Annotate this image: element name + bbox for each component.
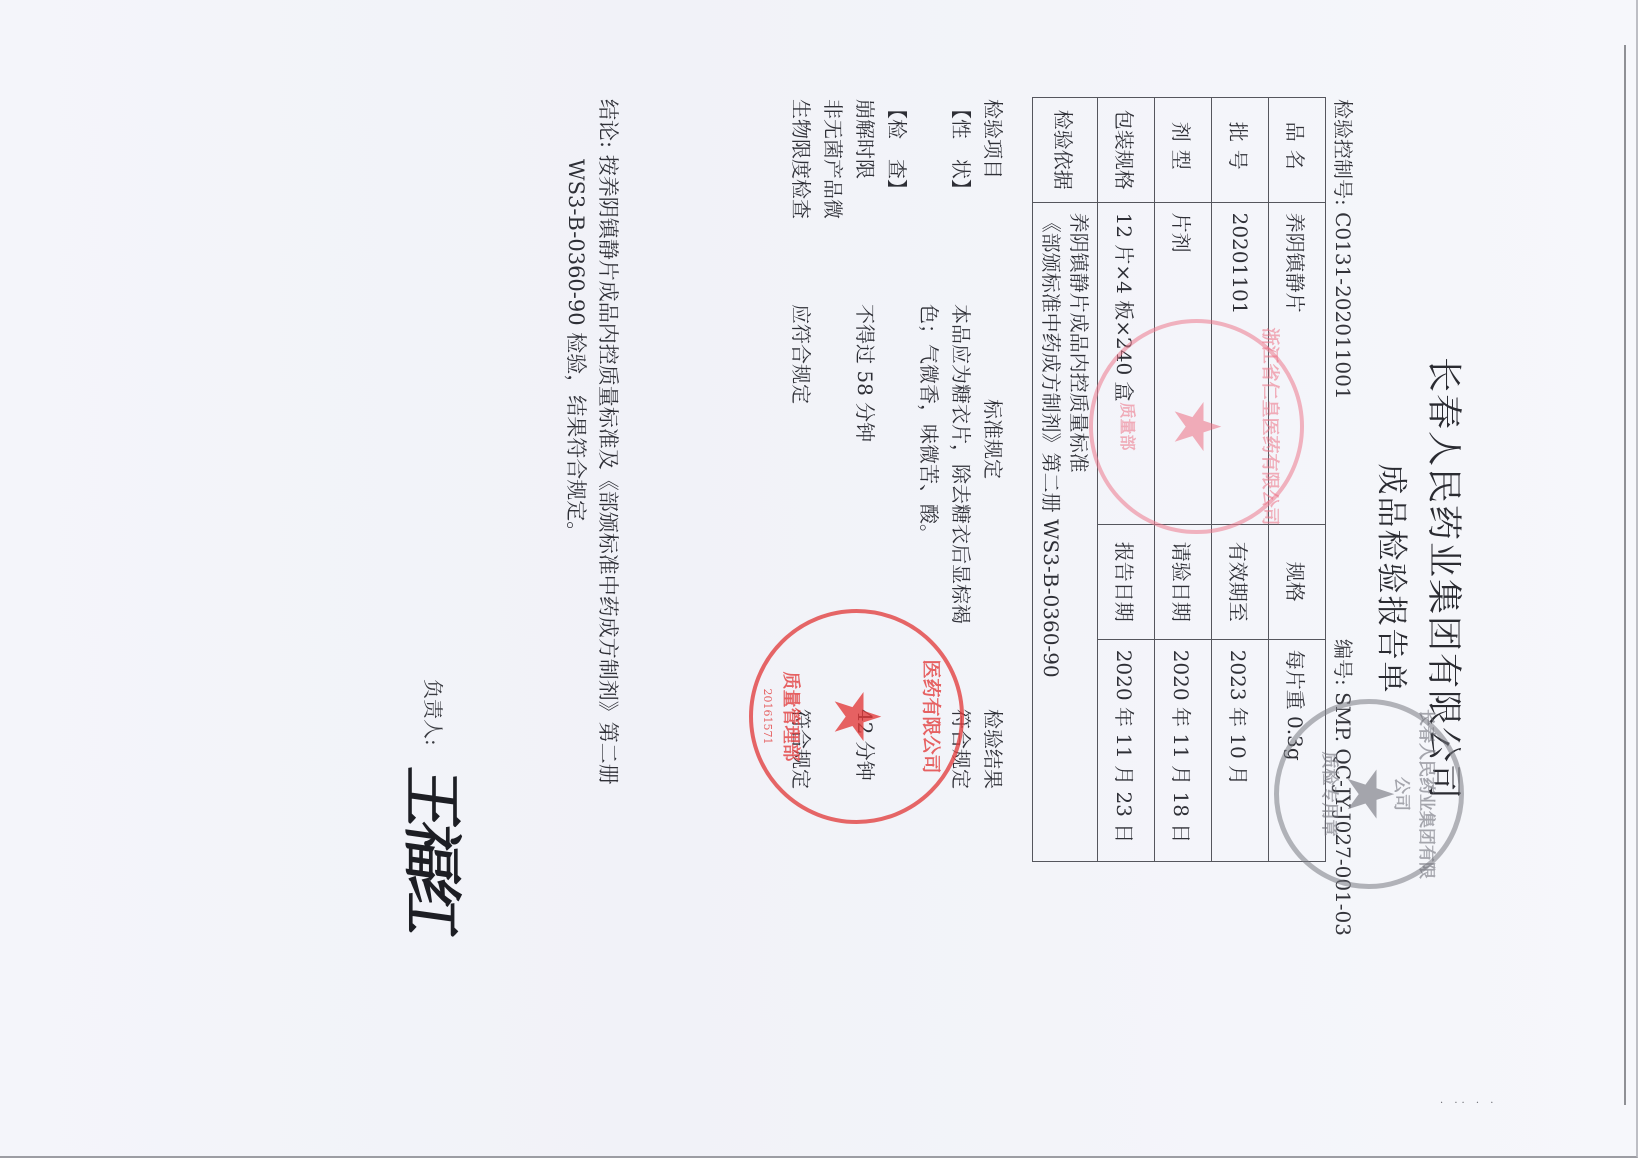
- value-basis: 养阴镇静片成品内控质量标准 《部颁标准中药成方制剂》第二册 WS3-B-0360…: [1033, 202, 1098, 861]
- item-name: 非无菌产品微: [820, 99, 849, 219]
- label-expiry: 有效期至: [1212, 524, 1269, 639]
- label-basis: 检验依据: [1033, 98, 1098, 203]
- stamp-outer-text: 医药有限公司: [919, 613, 946, 820]
- label-request-date: 请验日期: [1155, 524, 1212, 639]
- value-expiry: 2023 年 10 月: [1212, 639, 1269, 861]
- item-name: 【检 查】: [884, 99, 913, 199]
- company-name: 长春人民药业集团有限公司: [1421, 79, 1471, 1079]
- label-spec: 规格: [1269, 524, 1326, 639]
- star-icon: ★: [1165, 398, 1229, 455]
- stamp-outer-text: 浙江省仁皇医药有限公司: [1258, 323, 1284, 530]
- report-title: 成品检验报告单: [1372, 79, 1417, 1079]
- quality-stamp-red: 医药有限公司 ★ 质量管理部 20161571: [749, 609, 964, 824]
- receiving-stamp-pink: 浙江省仁皇医药有限公司 ★ 质量部: [1089, 319, 1304, 534]
- table-row: 检验依据 养阴镇静片成品内控质量标准 《部颁标准中药成方制剂》第二册 WS3-B…: [1033, 98, 1098, 862]
- item-name: 生物限度检查: [788, 99, 817, 219]
- document-number-label: 编号:: [1331, 639, 1355, 686]
- label-batch: 批号: [1212, 98, 1269, 203]
- qc-stamp-grey: 长春人民药业集团有限公司 ★ 质检专用章: [1274, 699, 1464, 889]
- label-dosage-form: 剂型: [1155, 98, 1212, 203]
- conclusion-text-1: 按养阴镇静片成品内控质量标准及《部颁标准中药成方制剂》第二册: [596, 155, 620, 785]
- handwritten-signature: 王福红: [393, 763, 479, 937]
- item-standard: 本品应为糖衣片，除去糖衣后显棕褐: [948, 304, 977, 624]
- control-number-label: 检验控制号:: [1331, 99, 1355, 206]
- paper-edge: [1624, 45, 1626, 1105]
- item-name: 崩解时限: [852, 99, 881, 179]
- star-icon: ★: [825, 688, 889, 745]
- stamp-inner-text: 质量部: [1117, 323, 1140, 530]
- scan-specks: · ·· · ·: [1440, 1098, 1497, 1109]
- item-standard: 应符合规定: [788, 304, 817, 404]
- header-result: 检验结果: [980, 709, 1009, 789]
- stamp-inner-text: 质检专用章: [1319, 704, 1344, 884]
- conclusion-line-1: 结论: 按养阴镇静片成品内控质量标准及《部颁标准中药成方制剂》第二册: [592, 99, 624, 919]
- scanned-document: · ·· · · 长春人民药业集团有限公司 成品检验报告单 检验控制号: C01…: [0, 0, 1638, 1158]
- label-packaging: 包装规格: [1098, 98, 1155, 203]
- value-report-date: 2020 年 11 月 23 日: [1098, 639, 1155, 861]
- header-item: 检验项目: [980, 99, 1009, 179]
- stamp-inner-text: 质量管理部: [779, 613, 805, 820]
- item-name: 【性 状】: [948, 99, 977, 199]
- inspection-report-page: 长春人民药业集团有限公司 成品检验报告单 检验控制号: C0131-202011…: [119, 79, 1519, 1079]
- control-number: 检验控制号: C0131-202011001: [1330, 99, 1359, 400]
- header-standard: 标准规定: [980, 399, 1009, 479]
- conclusion: 结论: 按养阴镇静片成品内控质量标准及《部颁标准中药成方制剂》第二册 WS3-B…: [560, 99, 624, 919]
- item-standard: 色；气微香，味微苦、酸。: [916, 304, 945, 544]
- item-standard: 不得过 58 分钟: [852, 304, 881, 442]
- basis-line-2: 《部颁标准中药成方制剂》第二册 WS3-B-0360-90: [1037, 213, 1065, 851]
- stamp-outer-text: 长春人民药业集团有限公司: [1391, 704, 1441, 884]
- basis-line-1: 养阴镇静片成品内控质量标准: [1065, 213, 1093, 851]
- label-report-date: 报告日期: [1098, 524, 1155, 639]
- value-request-date: 2020 年 11 月 18 日: [1155, 639, 1212, 861]
- conclusion-label: 结论:: [596, 99, 620, 148]
- control-number-value: C0131-202011001: [1331, 212, 1355, 399]
- list-item: 【性 状】 本品应为糖衣片，除去糖衣后显棕褐 符合规定: [945, 99, 977, 899]
- inspection-header-row: 检验项目 标准规定 检验结果: [977, 99, 1009, 899]
- responsible-person-label: 负责人:: [420, 679, 449, 746]
- conclusion-text-2: WS3-B-0360-90 检验，结果符合规定。: [560, 99, 592, 919]
- label-product-name: 品名: [1269, 98, 1326, 203]
- stamp-serial: 20161571: [761, 613, 774, 820]
